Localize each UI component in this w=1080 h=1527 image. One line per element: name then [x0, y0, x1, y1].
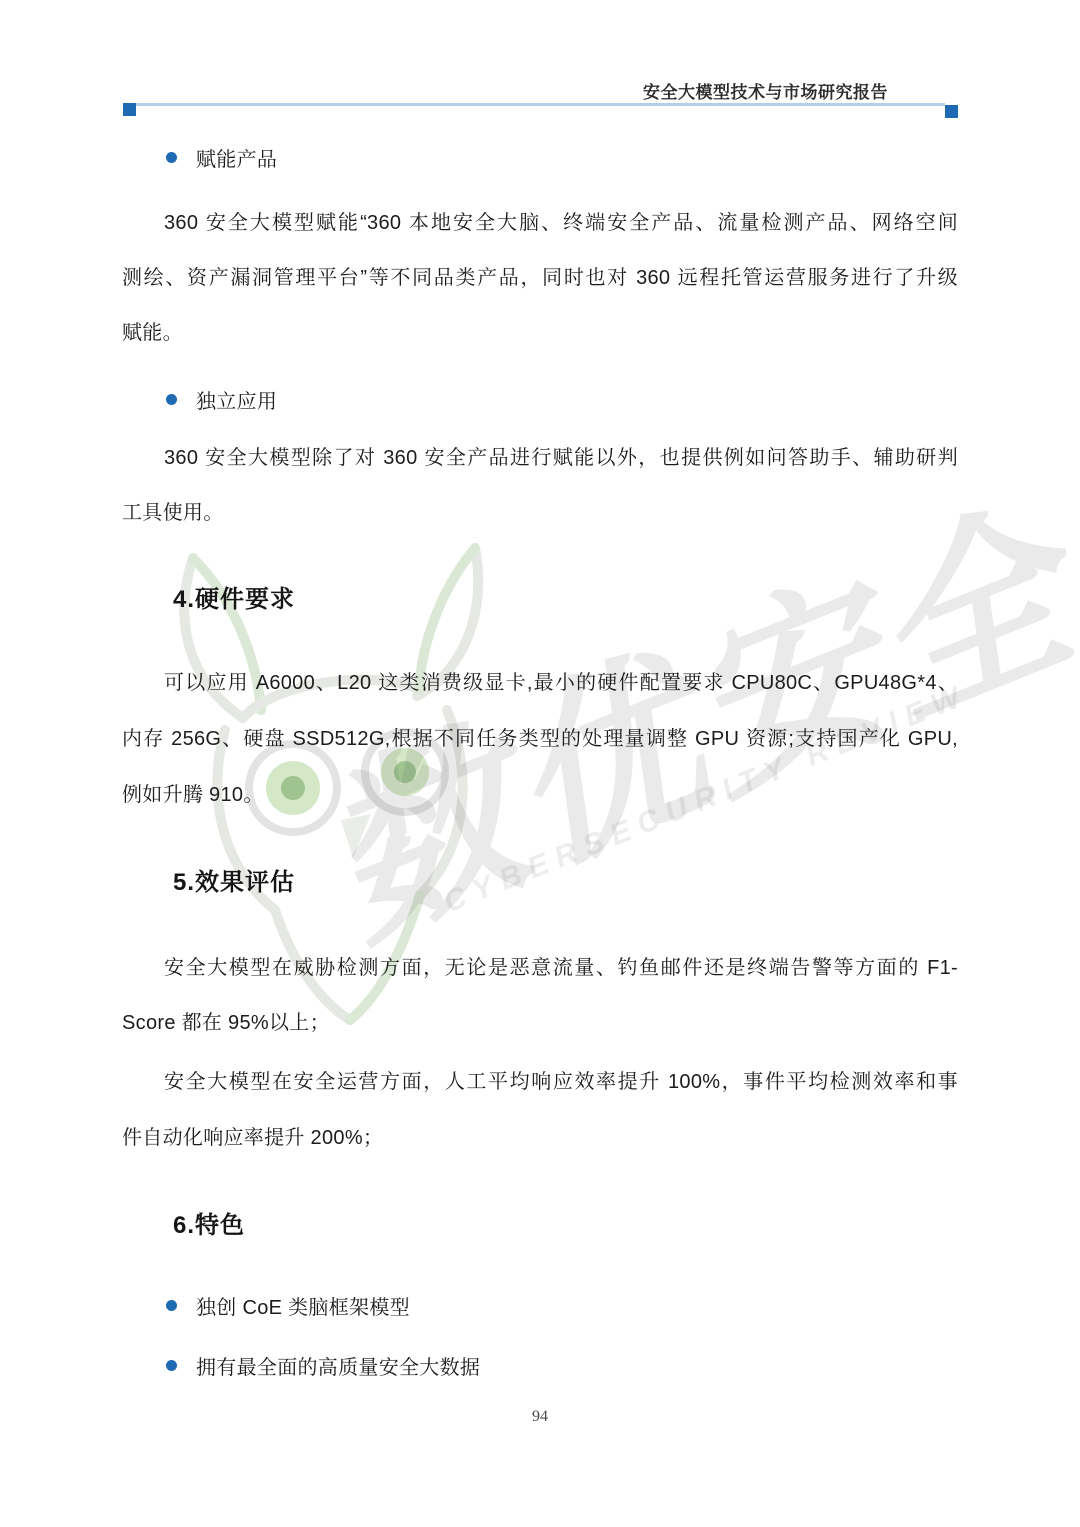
bullet-item-bigdata: 拥有最全面的高质量安全大数据: [166, 1352, 480, 1378]
header-rule: [135, 103, 945, 106]
bullet-label: 赋能产品: [196, 143, 277, 172]
paragraph-line: 件自动化响应率提升 200%；: [122, 1123, 958, 1153]
paragraph-line: 360 安全大模型除了对 360 安全产品进行赋能以外，也提供例如问答助手、辅助…: [122, 443, 958, 473]
section-heading-hardware: 4.硬件要求: [173, 583, 295, 617]
bullet-label: 拥有最全面的高质量安全大数据: [196, 1351, 480, 1380]
paragraph-line: 安全大模型在威胁检测方面，无论是恶意流量、钓鱼邮件还是终端告警等方面的 F1-: [122, 953, 958, 983]
paragraph-line: 测绘、资产漏洞管理平台”等不同品类产品，同时也对 360 远程托管运营服务进行了…: [122, 263, 958, 293]
report-header-title: 安全大模型技术与市场研究报告: [643, 78, 888, 103]
paragraph-line: Score 都在 95%以上；: [122, 1008, 958, 1038]
bullet-item-empower: 赋能产品: [166, 144, 277, 170]
bullet-label: 独立应用: [196, 385, 277, 414]
document-page: 安全大模型技术与市场研究报告: [0, 0, 1080, 1527]
paragraph-line: 360 安全大模型赋能“360 本地安全大脑、终端安全产品、流量检测产品、网络空…: [122, 208, 958, 238]
page-number: 94: [0, 1408, 1080, 1426]
paragraph-line: 工具使用。: [122, 498, 958, 528]
paragraph-line: 内存 256G、硬盘 SSD512G,根据不同任务类型的处理量调整 GPU 资源…: [122, 724, 958, 754]
bullet-label: 独创 CoE 类脑框架模型: [196, 1291, 410, 1320]
paragraph-line: 可以应用 A6000、L20 这类消费级显卡,最小的硬件配置要求 CPU80C、…: [122, 668, 958, 698]
bullet-dot-icon: [166, 152, 177, 163]
bullet-dot-icon: [166, 1300, 177, 1311]
section-heading-evaluation: 5.效果评估: [173, 866, 295, 900]
paragraph-line: 安全大模型在安全运营方面，人工平均响应效率提升 100%，事件平均检测效率和事: [122, 1067, 958, 1097]
bullet-dot-icon: [166, 1360, 177, 1371]
bullet-dot-icon: [166, 394, 177, 405]
paragraph-line: 赋能。: [122, 318, 958, 348]
paragraph-line: 例如升腾 910。: [122, 780, 958, 810]
rule-square-left: [123, 103, 136, 116]
rule-square-right: [945, 105, 958, 118]
section-heading-features: 6.特色: [173, 1209, 245, 1243]
bullet-item-standalone: 独立应用: [166, 386, 277, 412]
bullet-item-coe: 独创 CoE 类脑框架模型: [166, 1292, 410, 1318]
